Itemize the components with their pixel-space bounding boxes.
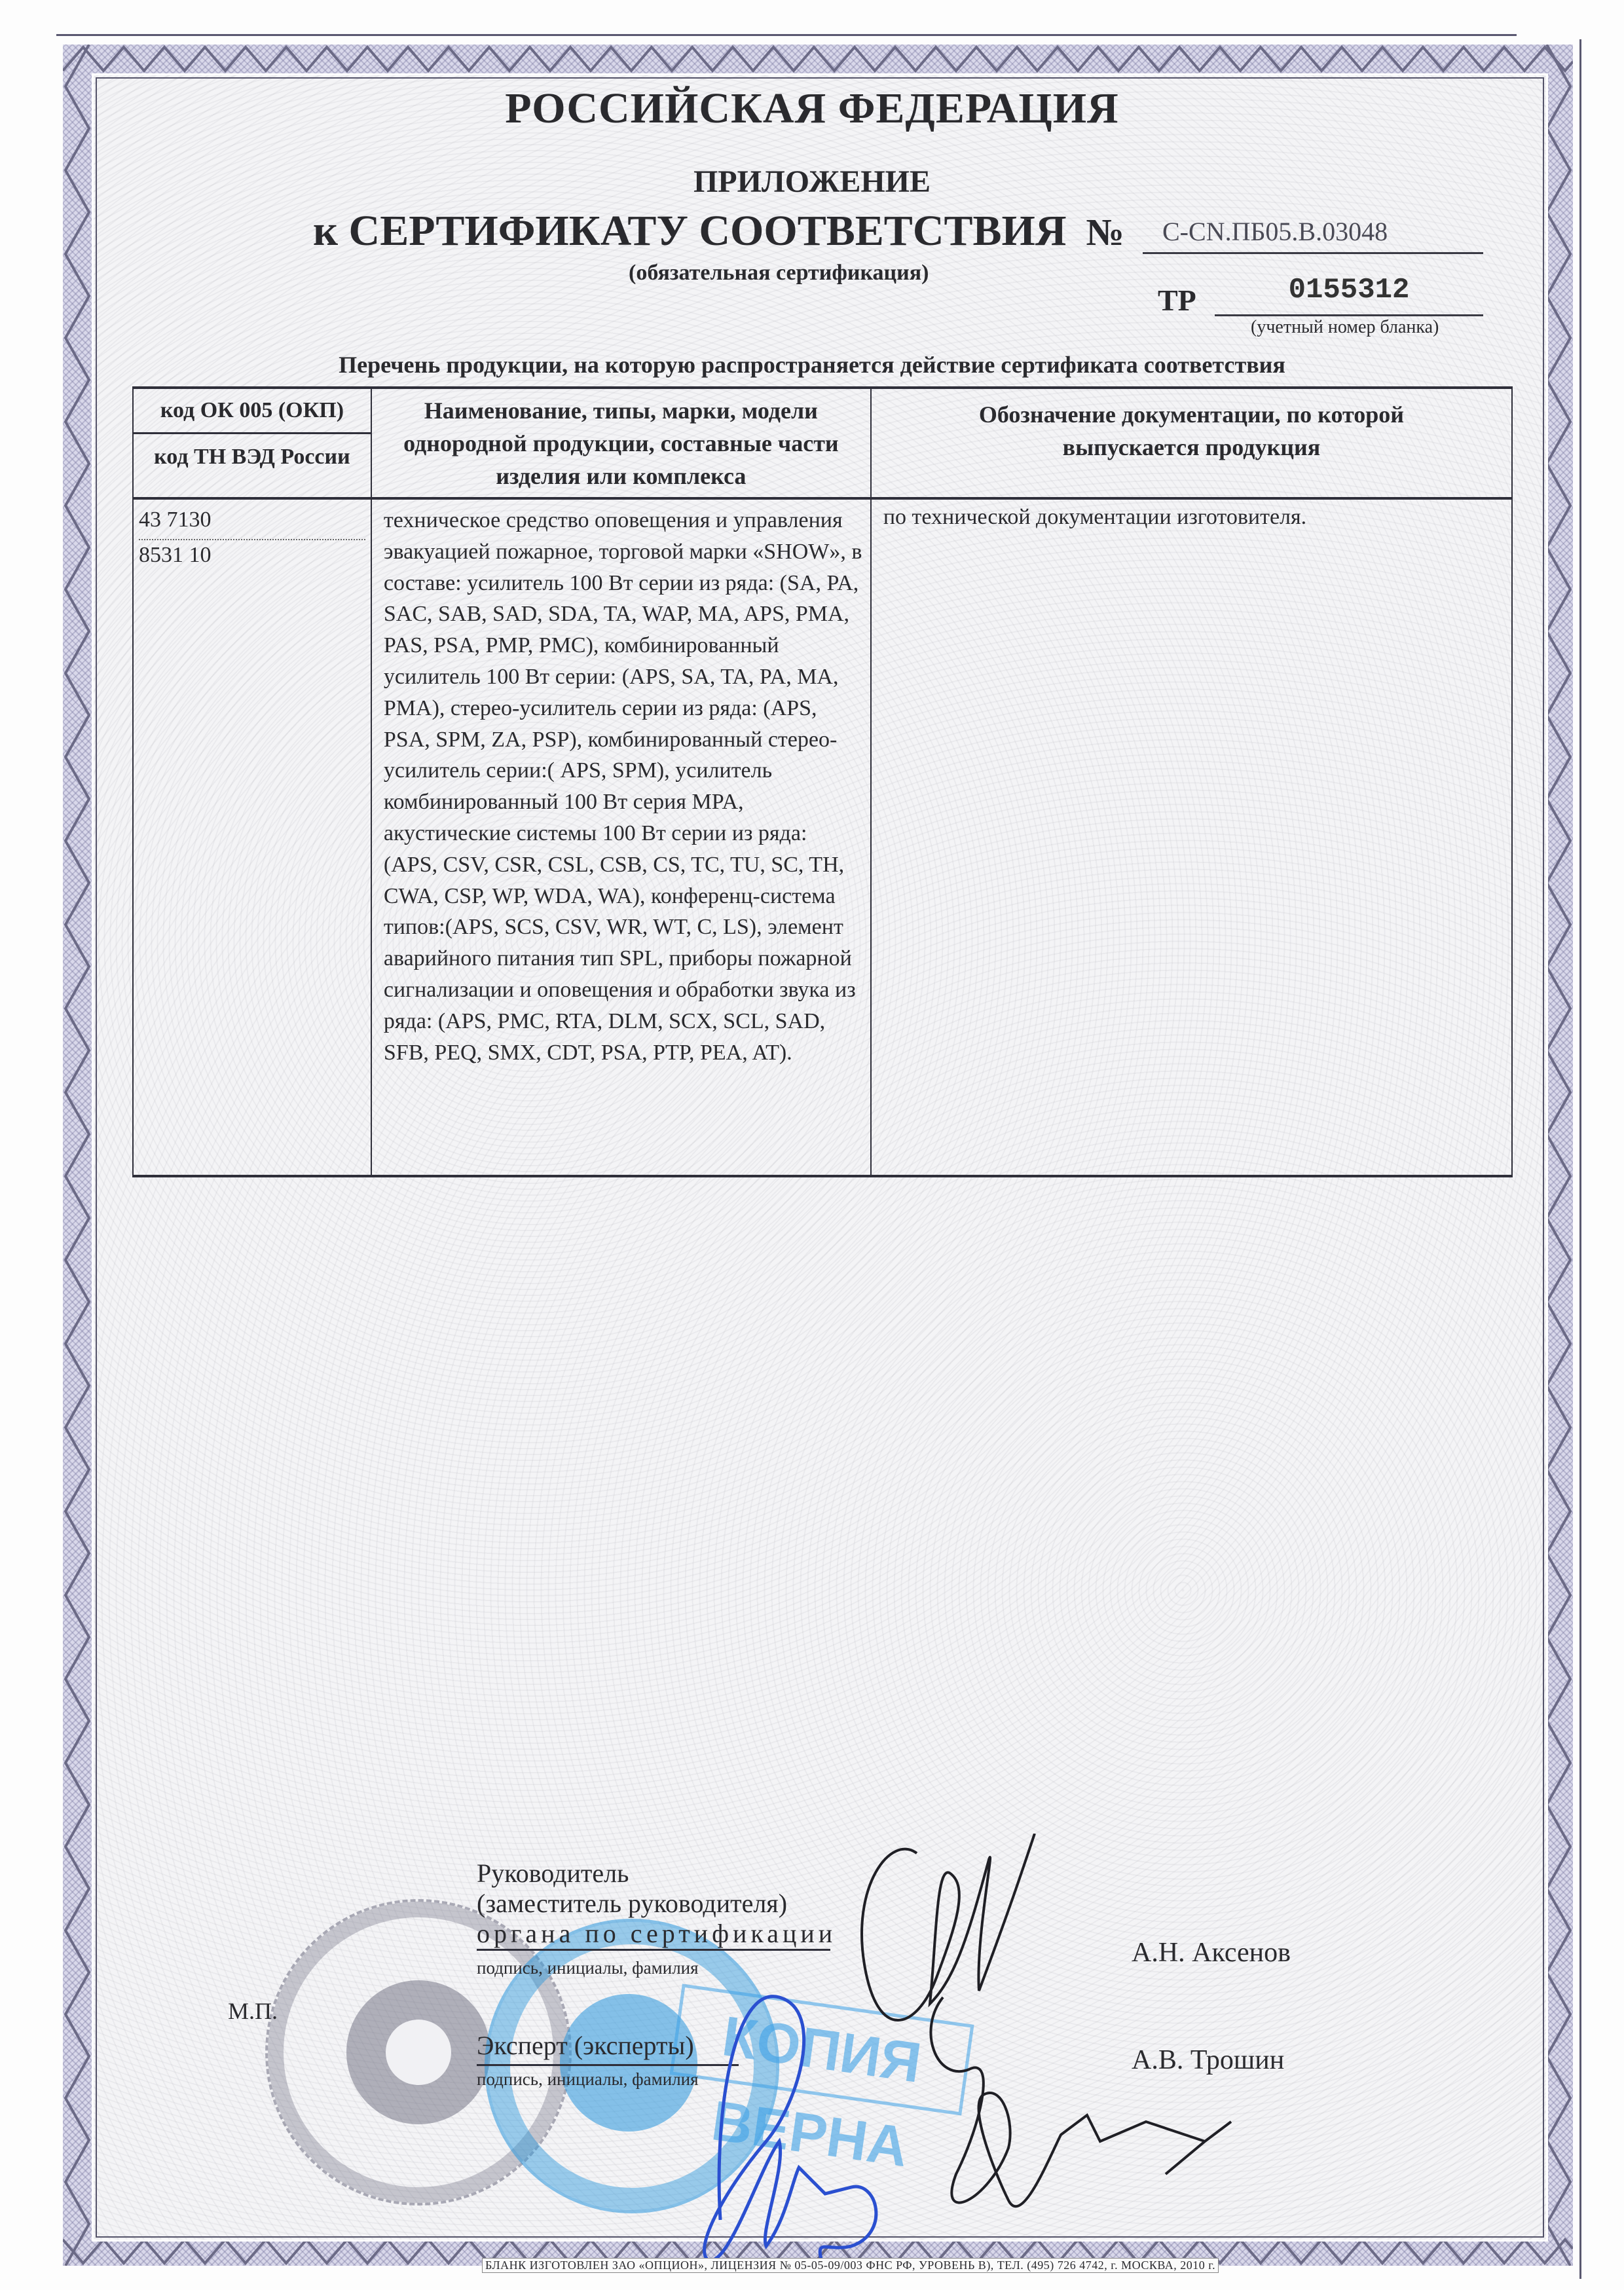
documentation-value: по технической документации изготовителя… xyxy=(871,498,1512,1176)
expert-signature-icon xyxy=(629,1971,930,2279)
product-description: техническое средство оповещения и управл… xyxy=(371,498,871,1176)
head-title-line1: Руководитель xyxy=(477,1858,836,1889)
country-title: РОССИЙСКАЯ ФЕДЕРАЦИЯ xyxy=(0,84,1624,134)
seal-label: М.П. xyxy=(228,1997,278,2025)
certification-type: (обязательная сертификация) xyxy=(629,261,929,286)
header-product-name: Наименование, типы, марки, модели одноро… xyxy=(371,388,871,498)
codes-cell: 43 7130 8531 10 xyxy=(133,498,371,1176)
head-title-line3: органа по сертификации xyxy=(477,1919,836,1949)
appendix-title: ПРИЛОЖЕНИЕ xyxy=(0,164,1624,200)
blank-print-info: БЛАНК ИЗГОТОВЛЕН ЗАО «ОПЦИОН», ЛИЦЕНЗИЯ … xyxy=(482,2258,1219,2273)
form-series: ТР xyxy=(1158,283,1196,318)
code-okp-value: 43 7130 xyxy=(139,508,365,540)
code-tnved-value: 8531 10 xyxy=(139,540,365,568)
table-row: 43 7130 8531 10 техническое средство опо… xyxy=(133,498,1512,1176)
certificate-number: C-CN.ПБ05.В.03048 xyxy=(1143,216,1483,254)
frame-top-rule xyxy=(56,34,1517,36)
head-title-line2: (заместитель руководителя) xyxy=(477,1889,836,1919)
certificate-heading: к СЕРТИФИКАТУ СООТВЕТСТВИЯ № xyxy=(313,206,1124,259)
frame-zigzag-top xyxy=(63,45,1573,73)
header-code-okp: код ОК 005 (ОКП) xyxy=(134,389,371,434)
head-signature-line xyxy=(477,1949,830,1951)
certificate-prefix: к СЕРТИФИКАТУ СООТВЕТСТВИЯ xyxy=(313,206,1067,256)
seal-logo-icon xyxy=(346,1980,490,2124)
product-list-title: Перечень продукции, на которую распростр… xyxy=(0,351,1624,379)
product-table: код ОК 005 (ОКП) код ТН ВЭД России Наиме… xyxy=(132,386,1513,1177)
head-signatory-title: Руководитель (заместитель руководителя) … xyxy=(477,1858,836,1949)
header-code-tnved: код ТН ВЭД России xyxy=(134,434,371,497)
header-documentation: Обозначение документации, по которой вып… xyxy=(871,388,1512,498)
form-number-caption: (учетный номер бланка) xyxy=(1251,317,1439,338)
header-codes: код ОК 005 (ОКП) код ТН ВЭД России xyxy=(133,388,371,498)
form-number: 0155312 xyxy=(1215,274,1483,316)
number-sign: № xyxy=(1086,210,1124,254)
